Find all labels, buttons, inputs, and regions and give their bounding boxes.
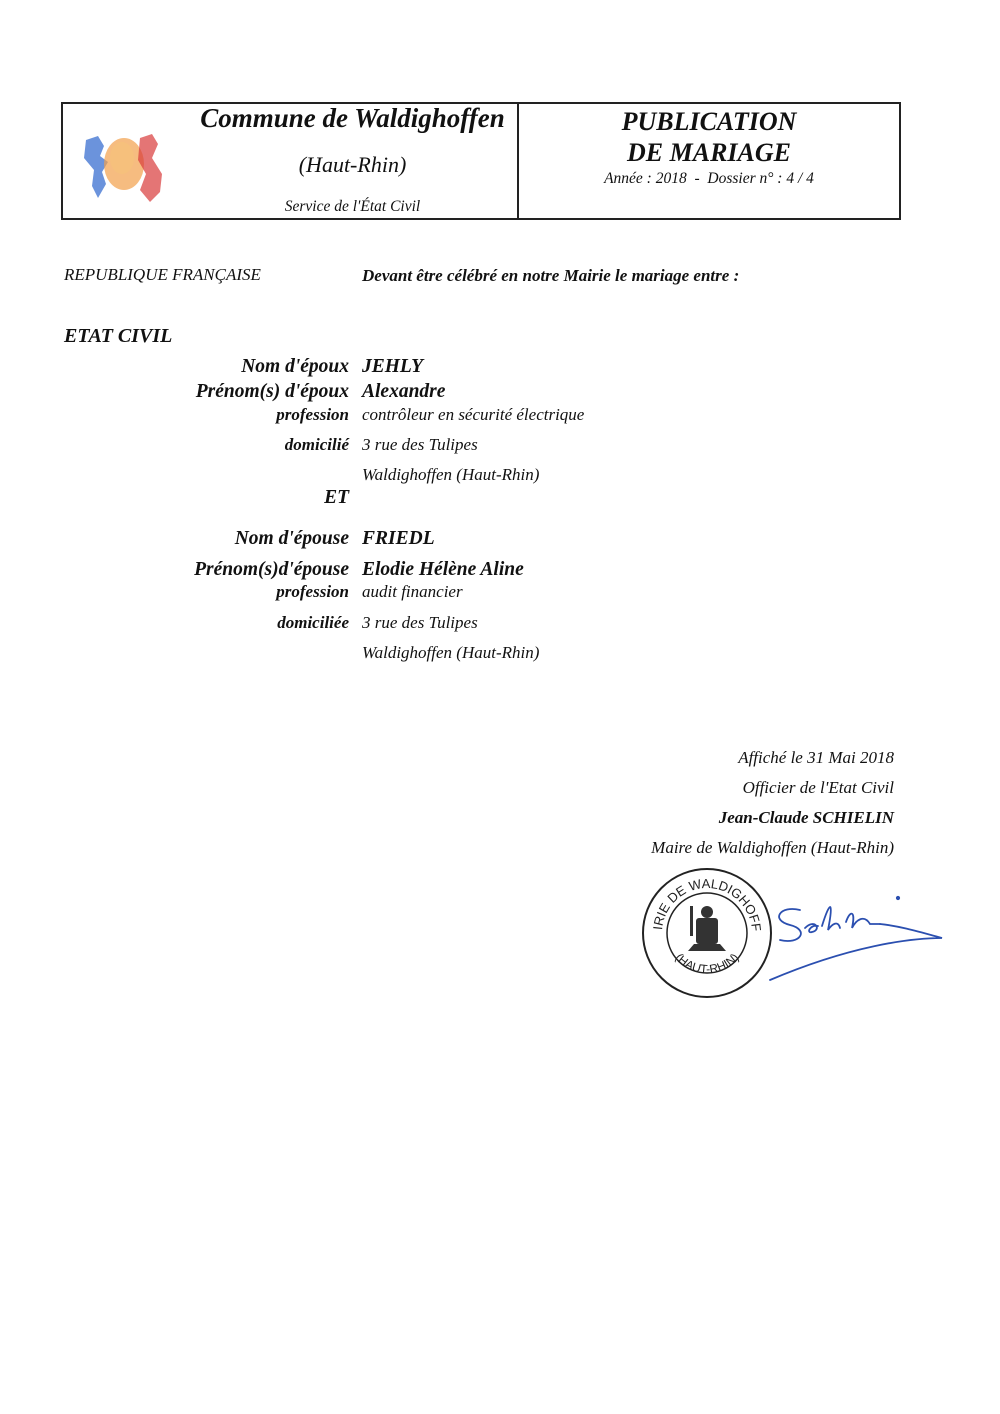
groom-profession: contrôleur en sécurité électrique [362,405,584,425]
bride-profession-label: profession [276,582,349,602]
groom-name: JEHLY [362,356,423,378]
officer-role: Officier de l'Etat Civil [743,778,894,798]
svg-text:(HAUT-RHIN): (HAUT-RHIN) [672,951,741,977]
officer-title: Maire de Waldighoffen (Haut-Rhin) [651,838,894,858]
groom-address-line2: Waldighoffen (Haut-Rhin) [362,465,539,485]
department: (Haut-Rhin) [200,152,505,178]
groom-firstname: Alexandre [362,381,445,403]
groom-profession-label: profession [276,405,349,425]
signature-icon [760,880,950,990]
groom-address-line1: 3 rue des Tulipes [362,435,478,455]
title-line-1: PUBLICATION [519,106,899,137]
republic-label: REPUBLIQUE FRANÇAISE [64,265,261,285]
bride-firstname-label: Prénom(s)d'épouse [194,559,349,581]
conjunction: ET [324,487,349,509]
bride-firstname: Elodie Hélène Aline [362,559,524,581]
groom-address-label: domicilié [285,435,349,455]
bride-address-line2: Waldighoffen (Haut-Rhin) [362,643,539,663]
bride-profession: audit financier [362,582,463,602]
dossier-meta: Année : 2018 - Dossier n° : 4 / 4 [519,170,899,188]
commune-title: Commune de Waldighoffen [200,103,505,134]
intro-statement: Devant être célébré en notre Mairie le m… [362,266,739,286]
marianne-logo-icon [78,118,173,210]
mairie-stamp-icon: MAIRIE DE WALDIGHOFFEN (HAUT-RHIN) [640,866,775,1001]
section-title: ETAT CIVIL [64,325,172,348]
title-line-2: DE MARIAGE [519,137,899,168]
officer-name: Jean-Claude SCHIELIN [719,808,894,828]
bride-address-line1: 3 rue des Tulipes [362,613,478,633]
groom-name-label: Nom d'époux [241,356,349,378]
bride-name-label: Nom d'épouse [235,528,349,550]
posted-date: Affiché le 31 Mai 2018 [738,748,894,768]
service-name: Service de l'État Civil [200,198,505,216]
bride-address-label: domiciliée [277,613,349,633]
groom-firstname-label: Prénom(s) d'époux [196,381,349,403]
bride-name: FRIEDL [362,528,435,550]
publication-title: PUBLICATION DE MARIAGE [519,106,899,168]
